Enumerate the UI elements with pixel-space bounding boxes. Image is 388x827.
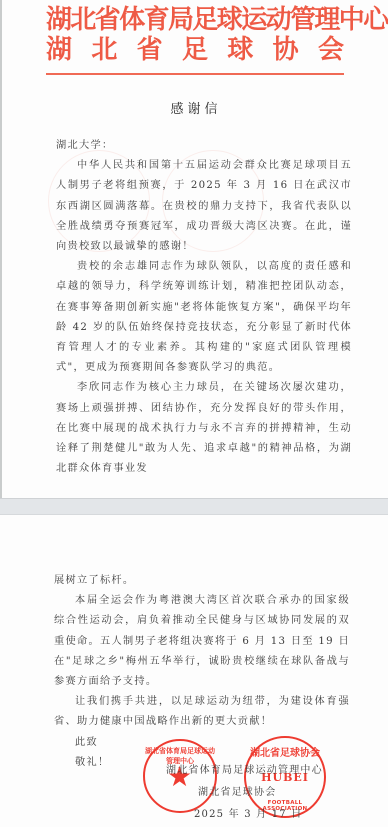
letterhead-char: 协: [273, 35, 299, 65]
letterhead-char: 会: [318, 35, 344, 65]
paragraph: 贵校的余志雄同志作为球队领队，以高度的责任感和卓越的领导力，科学统筹训练计划，精…: [56, 257, 352, 378]
letterhead-char: 省: [137, 35, 163, 65]
letterhead-org-line2: 湖 北 省 足 球 协 会: [46, 35, 344, 65]
letterhead-char: 北: [91, 35, 117, 65]
letterhead-char: 足: [182, 35, 208, 65]
letterhead-char: 球: [227, 35, 253, 65]
paragraph: 中华人民共和国第十五届运动会群众比赛足球项目五人制男子老将组预赛，于 2025 …: [56, 156, 352, 257]
letter-body-page1: 湖北大学： 中华人民共和国第十五届运动会群众比赛足球项目五人制男子老将组预赛，于…: [56, 136, 352, 479]
page-separator: [0, 498, 388, 515]
letter-title: 感谢信: [2, 98, 388, 117]
page-2: 展树立了标杆。 本届全运会作为粤港澳大湾区首次联合承办的国家级综合性运动会，肩负…: [0, 515, 388, 827]
signature-org2: 湖北省足球协会: [198, 783, 276, 798]
signature-date: 2025 年 3 月 17 日: [194, 805, 302, 820]
salutation: 湖北大学：: [56, 136, 352, 156]
letter-body-page2: 展树立了标杆。 本届全运会作为粤港澳大湾区首次联合承办的国家级综合性运动会，肩负…: [54, 571, 350, 773]
letterhead-org-line1: 湖北省体育局足球运动管理中心: [46, 5, 346, 35]
continuation-text: 展树立了标杆。: [54, 571, 350, 591]
document-viewer: 湖北省体育局足球运动管理中心 湖 北 省 足 球 协 会 感谢信 湖北大学： 中…: [0, 0, 388, 827]
paragraph: 本届全运会作为粤港澳大湾区首次联合承办的国家级综合性运动会，肩负着推动全民健身与…: [54, 591, 350, 692]
paragraph: 李欣同志作为核心主力球员，在关键场次屡次建功，赛场上顽强拼搏、团结协作，充分发挥…: [56, 378, 352, 479]
letterhead-char: 湖: [46, 35, 72, 65]
page-1: 湖北省体育局足球运动管理中心 湖 北 省 足 球 协 会 感谢信 湖北大学： 中…: [0, 0, 388, 498]
letterhead-divider: [46, 73, 344, 75]
closing-line: 此致: [54, 733, 350, 753]
signature-org1: 湖北省体育局足球运动管理中心: [166, 761, 323, 776]
paragraph: 让我们携手共进，以足球运动为纽带，为建设体育强省、助力健康中国战略作出新的更大贡…: [54, 692, 350, 732]
